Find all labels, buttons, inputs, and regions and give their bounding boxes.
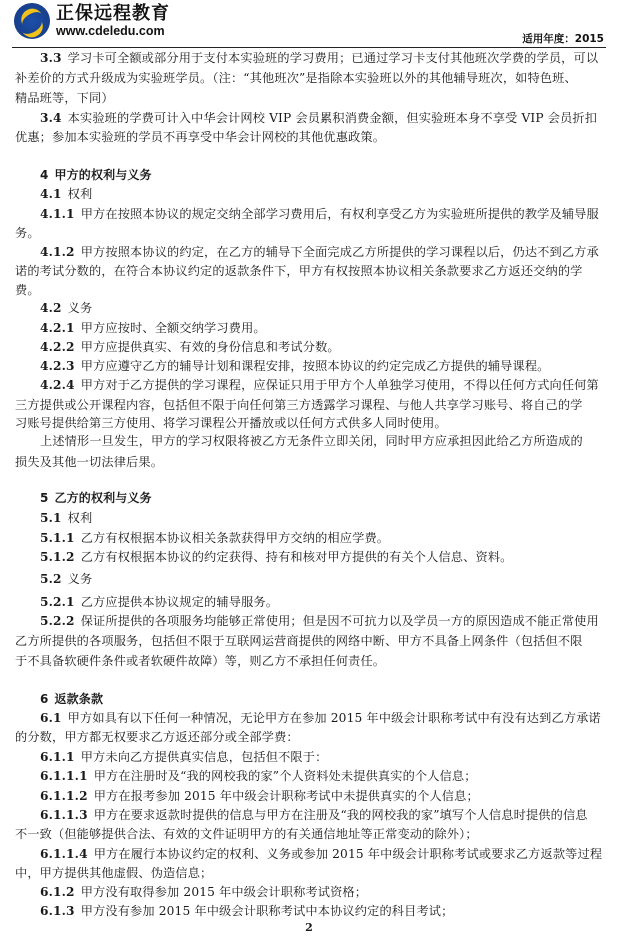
section-heading: 5乙方的权利与义务	[40, 490, 605, 506]
brand-name: 正保远程教育	[56, 4, 170, 24]
clause-number: 4.1.1	[40, 207, 75, 221]
paragraph-line: 3.4本实验班的学费可计入中华会计网校 VIP 会员累积消费金额，但实验班本身不…	[40, 110, 605, 126]
paragraph-line: 3.3学习卡可全额或部分用于支付本实验班的学习费用；已通过学习卡支付其他班次学费…	[40, 50, 605, 66]
section-heading: 6返款条款	[40, 691, 605, 707]
clause-text: 甲方在履行本协议约定的权利、义务或参加 2015 年中级会计职称考试或要求乙方返…	[94, 847, 603, 861]
paragraph-line: 6.1.1.4甲方在履行本协议约定的权利、义务或参加 2015 年中级会计职称考…	[40, 846, 605, 862]
clause-number: 5.1	[40, 511, 62, 525]
paragraph-line: 损失及其他一切法律后果。	[15, 454, 605, 470]
page-number: 2	[0, 921, 618, 934]
paragraph-line: 中，甲方提供其他虚假、伪造信息；	[15, 865, 605, 881]
paragraph-line: 6.1.1.2甲方在报考参加 2015 年中级会计职称考试中未提供真实的个人信息…	[40, 788, 605, 804]
paragraph-line: 6.1.1甲方未向乙方提供真实信息，包括但不限于：	[40, 749, 605, 765]
paragraph-line: 6.1.3甲方没有参加 2015 年中级会计职称考试中本协议约定的科目考试；	[40, 903, 605, 919]
clause-text: 三方提供或公开课程内容，包括但不限于向任何第三方透露学习课程、与他人共享学习账号…	[15, 398, 583, 412]
clause-text: 甲方应遵守乙方的辅导计划和课程安排，按照本协议的约定完成乙方提供的辅导课程。	[81, 359, 550, 373]
clause-number: 6	[40, 692, 49, 706]
clause-text: 甲方在注册时及“我的网校我的家”个人资料处未提供真实的个人信息；	[94, 769, 477, 783]
header-divider	[12, 47, 606, 48]
clause-text: 返款条款	[55, 692, 104, 706]
paragraph-line: 6.1.2甲方没有取得参加 2015 年中级会计职称考试资格；	[40, 884, 605, 900]
paragraph-line: 5.1.2乙方有权根据本协议的约定获得、持有和核对甲方提供的有关个人信息、资料。	[40, 549, 605, 565]
clause-text: 诺的考试分数的，在符合本协议约定的返款条件下，甲方有权按照本协议相关条款要求乙方…	[15, 264, 583, 278]
clause-number: 4.2.4	[40, 378, 75, 392]
clause-text: 权利	[68, 187, 93, 201]
clause-number: 4	[40, 168, 49, 182]
clause-text: 甲方如具有以下任何一种情况，无论甲方在参加 2015 年中级会计职称考试中有没有…	[68, 711, 601, 725]
clause-number: 5.1.1	[40, 531, 75, 545]
clause-number: 5.2.1	[40, 595, 75, 609]
paragraph-line: 5.2.2保证所提供的各项服务均能够正常使用；但是因不可抗力以及学员一方的原因造…	[40, 613, 605, 629]
clause-text: 的分数，甲方都无权要求乙方返还部分或全部学费：	[15, 730, 299, 744]
paragraph-line: 三方提供或公开课程内容，包括但不限于向任何第三方透露学习课程、与他人共享学习账号…	[15, 397, 605, 413]
section-heading: 4甲方的权利与义务	[40, 167, 605, 183]
applicable-year: 适用年度：2015	[522, 33, 604, 45]
clause-text: 乙方应提供本协议规定的辅导服务。	[81, 595, 278, 609]
clause-text: 优惠；参加本实验班的学员不再享受中华会计网校的其他优惠政策。	[15, 130, 385, 144]
clause-text: 义务	[68, 301, 93, 315]
clause-text: 上述情形一旦发生，甲方的学习权限将被乙方无条件立即关闭，同时甲方应承担因此给乙方…	[40, 434, 583, 448]
clause-text: 义务	[68, 572, 93, 586]
paragraph-line: 6.1.1.3甲方在要求返款时提供的信息与甲方在注册及“我的网校我的家”填写个人…	[40, 807, 605, 823]
paragraph-line: 4.1.1甲方在按照本协议的规定交纳全部学习费用后，有权利享受乙方为实验班所提供…	[40, 206, 605, 222]
clause-number: 4.1	[40, 187, 62, 201]
paragraph-line: 乙方所提供的各项服务，包括但不限于互联网运营商提供的网络中断、甲方不具备上网条件…	[15, 633, 605, 649]
clause-text: 甲方在要求返款时提供的信息与甲方在注册及“我的网校我的家”填写个人信息时提供的信…	[94, 808, 588, 822]
clause-number: 3.4	[40, 111, 62, 125]
clause-text: 甲方在按照本协议的规定交纳全部学习费用后，有权利享受乙方为实验班所提供的教学及辅…	[81, 207, 599, 221]
clause-text: 乙方的权利与义务	[55, 491, 152, 505]
clause-text: 保证所提供的各项服务均能够正常使用；但是因不可抗力以及学员一方的原因造成不能正常…	[81, 614, 599, 628]
paragraph-line: 4.2.1甲方应按时、全额交纳学习费用。	[40, 320, 605, 336]
paragraph-line: 5.1.1乙方有权根据本协议相关条款获得甲方交纳的相应学费。	[40, 530, 605, 546]
paragraph-line: 5.1权利	[40, 510, 605, 526]
clause-text: 甲方按照本协议的约定，在乙方的辅导下全面完成乙方所提供的学习课程以后，仍达不到乙…	[81, 245, 599, 259]
clause-text: 务。	[15, 226, 40, 240]
clause-text: 损失及其他一切法律后果。	[15, 455, 163, 469]
clause-number: 4.2	[40, 301, 62, 315]
clause-text: 甲方对于乙方提供的学习课程，应保证只用于甲方个人单独学习使用，不得以任何方式向任…	[81, 378, 599, 392]
paragraph-line: 上述情形一旦发生，甲方的学习权限将被乙方无条件立即关闭，同时甲方应承担因此给乙方…	[40, 433, 605, 449]
clause-number: 5.2	[40, 572, 62, 586]
paragraph-line: 6.1.1.1甲方在注册时及“我的网校我的家”个人资料处未提供真实的个人信息；	[40, 768, 605, 784]
clause-text: 权利	[68, 511, 93, 525]
clause-text: 甲方未向乙方提供真实信息，包括但不限于：	[81, 750, 328, 764]
paragraph-line: 习账号提供给第三方使用、将学习课程公开播放或以任何方式供多人同时使用。	[15, 415, 605, 431]
page-header: 正保远程教育 www.cdeledu.com 适用年度：2015	[0, 0, 618, 50]
paragraph-line: 4.1.2甲方按照本协议的约定，在乙方的辅导下全面完成乙方所提供的学习课程以后，…	[40, 244, 605, 260]
clause-number: 5	[40, 491, 49, 505]
clause-text: 甲方应按时、全额交纳学习费用。	[81, 321, 266, 335]
clause-number: 6.1.1.3	[40, 808, 88, 822]
clause-text: 甲方应提供真实、有效的身份信息和考试分数。	[81, 340, 340, 354]
brand-url: www.cdeledu.com	[56, 24, 165, 38]
paragraph-line: 4.2.3甲方应遵守乙方的辅导计划和课程安排，按照本协议的约定完成乙方提供的辅导…	[40, 358, 605, 374]
clause-text: 甲方没有参加 2015 年中级会计职称考试中本协议约定的科目考试；	[81, 904, 454, 918]
paragraph-line: 4.2.4甲方对于乙方提供的学习课程，应保证只用于甲方个人单独学习使用，不得以任…	[40, 377, 605, 393]
clause-number: 4.2.1	[40, 321, 75, 335]
clause-text: 甲方的权利与义务	[55, 168, 152, 182]
paragraph-line: 费。	[15, 282, 605, 298]
clause-number: 6.1.1.1	[40, 769, 88, 783]
clause-number: 4.2.3	[40, 359, 75, 373]
paragraph-line: 的分数，甲方都无权要求乙方返还部分或全部学费：	[15, 729, 605, 745]
clause-text: 于不具备软硬件条件或者软硬件故障）等，则乙方不承担任何责任。	[15, 654, 385, 668]
paragraph-line: 精品班等，下同）	[15, 90, 605, 106]
clause-text: 习账号提供给第三方使用、将学习课程公开播放或以任何方式供多人同时使用。	[15, 416, 447, 430]
clause-text: 乙方有权根据本协议相关条款获得甲方交纳的相应学费。	[81, 531, 389, 545]
paragraph-line: 不一致（但能够提供合法、有效的文件证明甲方的有关通信地址等正常变动的除外）；	[15, 826, 605, 842]
paragraph-line: 4.2.2甲方应提供真实、有效的身份信息和考试分数。	[40, 339, 605, 355]
clause-text: 乙方所提供的各项服务，包括但不限于互联网运营商提供的网络中断、甲方不具备上网条件…	[15, 634, 583, 648]
paragraph-line: 4.1权利	[40, 186, 605, 202]
cdeledu-logo-icon	[14, 3, 50, 39]
paragraph-line: 6.1甲方如具有以下任何一种情况，无论甲方在参加 2015 年中级会计职称考试中…	[40, 710, 605, 726]
clause-number: 6.1	[40, 711, 62, 725]
clause-number: 5.2.2	[40, 614, 75, 628]
paragraph-line: 优惠；参加本实验班的学员不再享受中华会计网校的其他优惠政策。	[15, 129, 605, 145]
paragraph-line: 于不具备软硬件条件或者软硬件故障）等，则乙方不承担任何责任。	[15, 653, 605, 669]
clause-text: 费。	[15, 283, 40, 297]
clause-text: 甲方在报考参加 2015 年中级会计职称考试中未提供真实的个人信息；	[94, 789, 479, 803]
paragraph-line: 务。	[15, 225, 605, 241]
clause-text: 乙方有权根据本协议的约定获得、持有和核对甲方提供的有关个人信息、资料。	[81, 550, 513, 564]
paragraph-line: 5.2义务	[40, 571, 605, 587]
clause-number: 6.1.3	[40, 904, 75, 918]
clause-number: 6.1.1	[40, 750, 75, 764]
clause-text: 学习卡可全额或部分用于支付本实验班的学习费用；已通过学习卡支付其他班次学费的学员…	[68, 51, 599, 65]
clause-number: 6.1.2	[40, 885, 75, 899]
clause-number: 3.3	[40, 51, 62, 65]
clause-text: 本实验班的学费可计入中华会计网校 VIP 会员累积消费金额，但实验班本身不享受 …	[68, 111, 597, 125]
paragraph-line: 补差价的方式升级成为实验班学员。（注：“其他班次”是指除本实验班以外的其他辅导班…	[15, 70, 605, 86]
clause-number: 6.1.1.2	[40, 789, 88, 803]
clause-number: 5.1.2	[40, 550, 75, 564]
clause-text: 中，甲方提供其他虚假、伪造信息；	[15, 866, 212, 880]
clause-number: 4.1.2	[40, 245, 75, 259]
paragraph-line: 诺的考试分数的，在符合本协议约定的返款条件下，甲方有权按照本协议相关条款要求乙方…	[15, 263, 605, 279]
clause-text: 不一致（但能够提供合法、有效的文件证明甲方的有关通信地址等正常变动的除外）；	[15, 827, 478, 841]
clause-text: 补差价的方式升级成为实验班学员。（注：“其他班次”是指除本实验班以外的其他辅导班…	[15, 71, 577, 85]
paragraph-line: 4.2义务	[40, 300, 605, 316]
clause-text: 甲方没有取得参加 2015 年中级会计职称考试资格；	[81, 885, 367, 899]
clause-number: 4.2.2	[40, 340, 75, 354]
clause-text: 精品班等，下同）	[15, 91, 114, 105]
paragraph-line: 5.2.1乙方应提供本协议规定的辅导服务。	[40, 594, 605, 610]
clause-number: 6.1.1.4	[40, 847, 88, 861]
